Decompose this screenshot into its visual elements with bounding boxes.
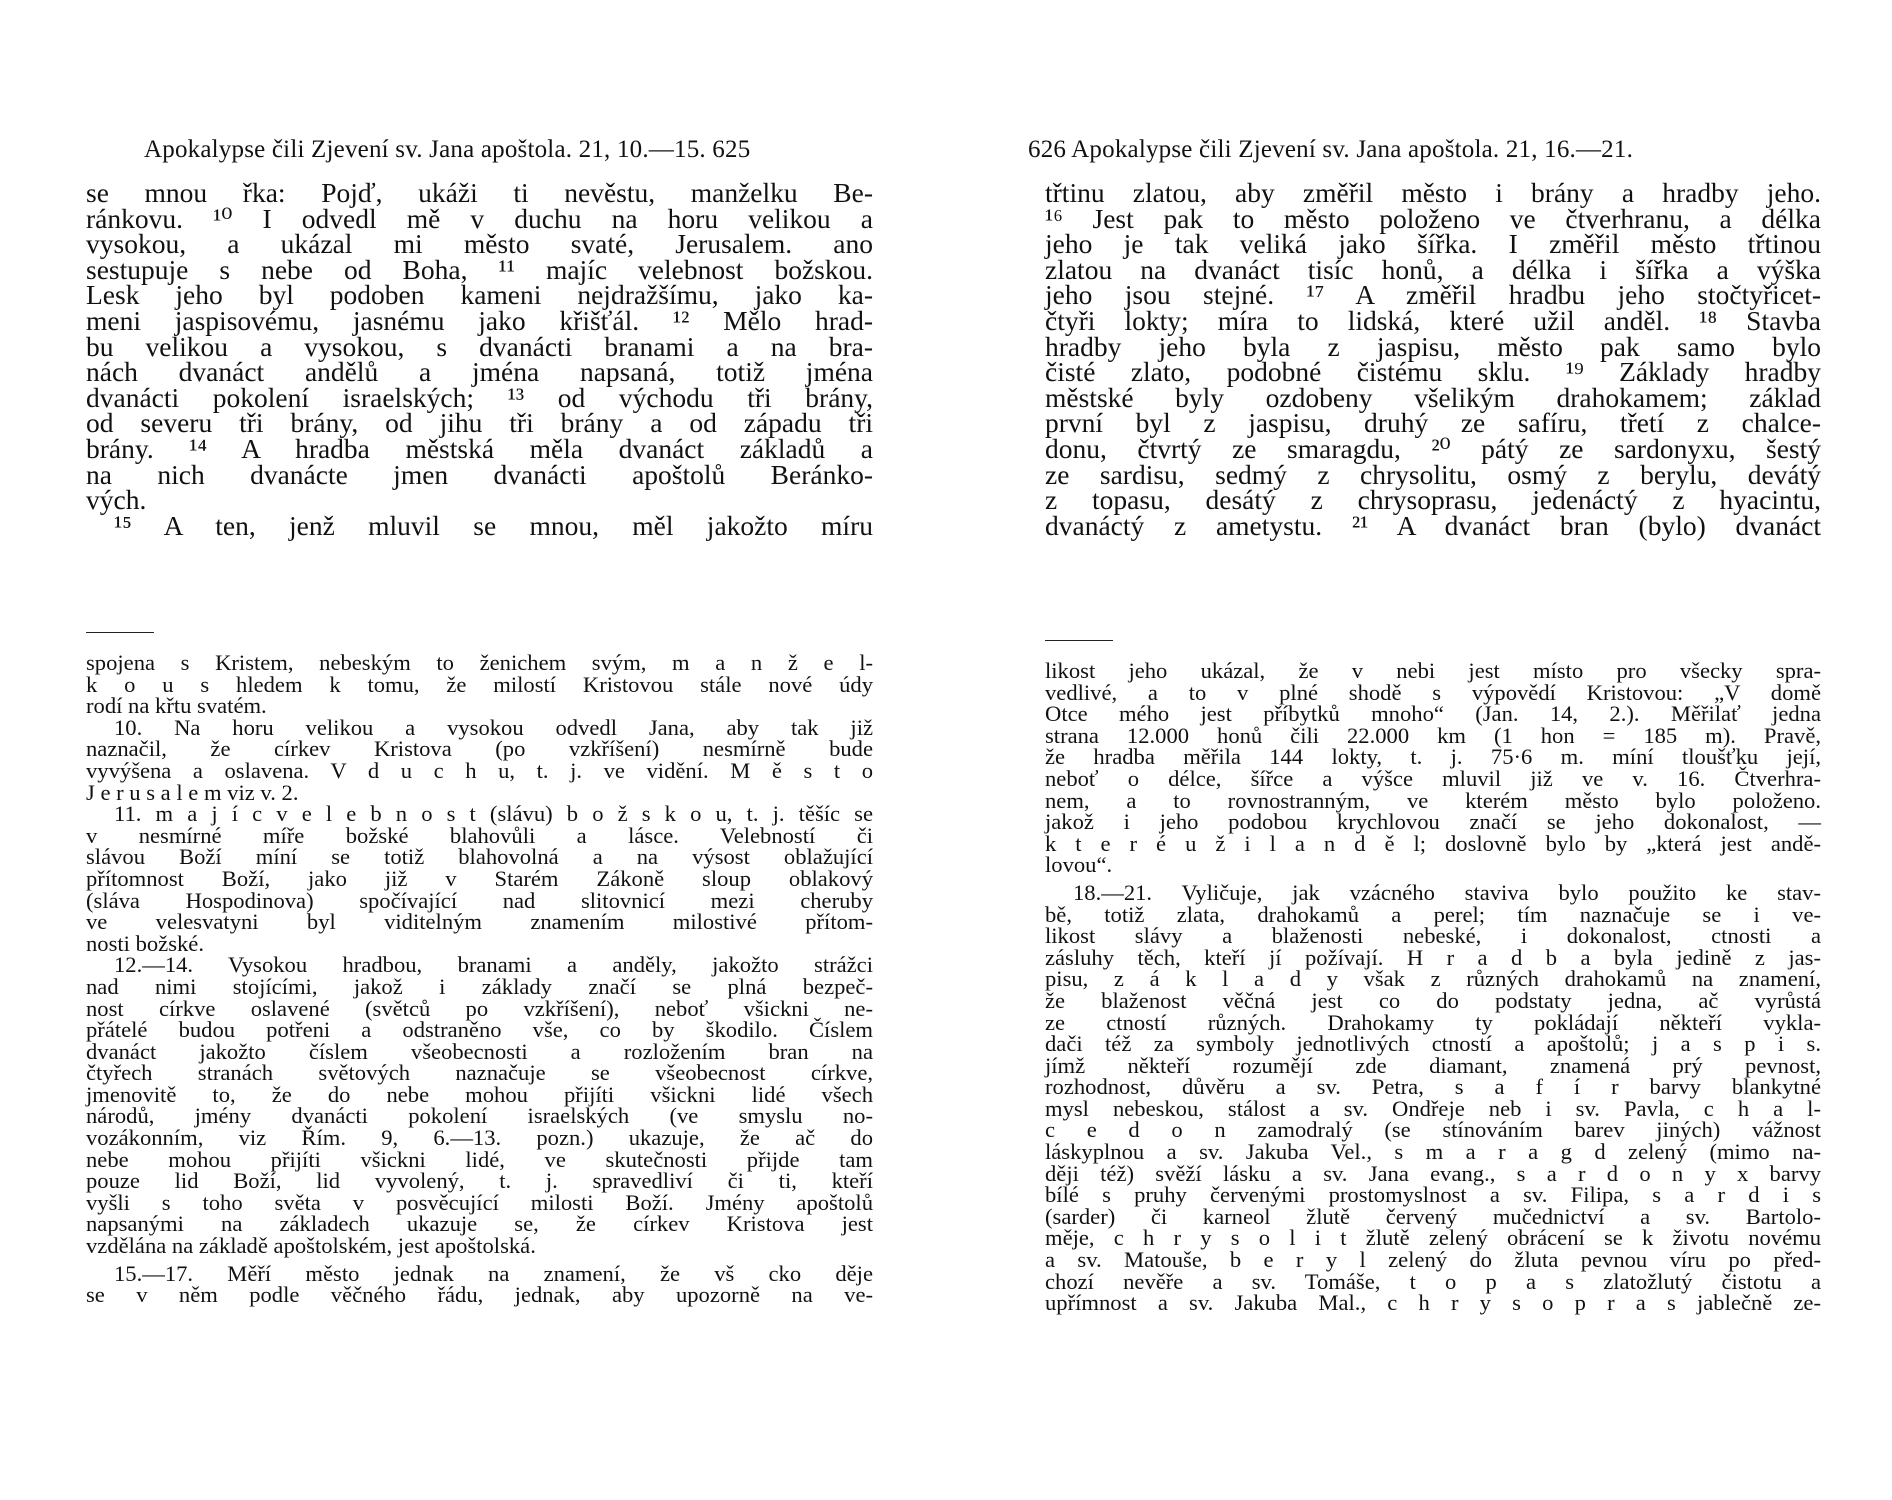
text-line: vých. xyxy=(86,487,873,513)
note-line: rodí na křtu svatém. xyxy=(86,695,873,717)
text-line: dvanáctý z ametystu. ²¹ A dvanáct bran (… xyxy=(1045,513,1821,539)
text-line: čtyři lokty; míra to lidská, které užil … xyxy=(1045,308,1821,334)
note-line: národů, jmény dvanácti pokolení israelsk… xyxy=(86,1105,873,1127)
text-line: jeho je tak veliká jako šířka. I změřil … xyxy=(1045,231,1821,257)
main-text: se mnou řka: Pojď, ukáži ti nevěstu, man… xyxy=(86,180,873,538)
note-line: přátelé budou potřeni a odstraněno vše, … xyxy=(86,1019,873,1041)
note-line: se v něm podle věčného řádu, jednak, aby… xyxy=(86,1284,873,1306)
note-line: neboť o délce, šířce a výšce mluvil již … xyxy=(1045,768,1821,790)
note-line: vozákonním, viz Řím. 9, 6.—13. pozn.) uk… xyxy=(86,1127,873,1149)
note-line: 10. Na horu velikou a vysokou odvedl Jan… xyxy=(86,717,873,739)
note-line: 15.—17. Měří město jednak na znamení, že… xyxy=(86,1263,873,1285)
note-line: 11. m a j í c v e l e b n o s t (slávu) … xyxy=(86,803,873,825)
text-line: meni jaspisovému, jasnému jako křišťál. … xyxy=(86,308,873,334)
text-line: donu, čtvrtý ze smaragdu, ²⁰ pátý ze sar… xyxy=(1045,436,1821,462)
note-line: nebe mohou přijíti všickni lidé, ve skut… xyxy=(86,1149,873,1171)
note-line: dači též za symboly jednotlivých ctností… xyxy=(1045,1033,1821,1055)
note-line: že hradba měřila 144 lokty, t. j. 75·6 m… xyxy=(1045,746,1821,768)
note-line: Otce mého jest příbytků mnoho“ (Jan. 14,… xyxy=(1045,703,1821,725)
text-line: z topasu, desátý z chrysoprasu, jedenáct… xyxy=(1045,487,1821,513)
note-line: (sarder) či karneol žlutě červený mučedn… xyxy=(1045,1206,1821,1228)
note-line: ze ctností různých. Drahokamy ty pokláda… xyxy=(1045,1012,1821,1034)
note-line: naznačil, že církev Kristova (po vzkříše… xyxy=(86,738,873,760)
running-header: 626 Apokalypse čili Zjevení sv. Jana apo… xyxy=(1028,136,1633,164)
note-line: chozí nevěře a sv. Tomáše, t o p a s zla… xyxy=(1045,1271,1821,1293)
note-line: jmenovitě to, že do nebe mohou přijíti v… xyxy=(86,1084,873,1106)
note-line: vzdělána na základě apoštolském, jest ap… xyxy=(86,1235,873,1257)
note-line: napsanými na základech ukazuje se, že cí… xyxy=(86,1213,873,1235)
left-page: Apokalypse čili Zjevení sv. Jana apoštol… xyxy=(86,0,873,1500)
note-line: čtyřech stranách světových naznačuje se … xyxy=(86,1062,873,1084)
note-line: k t e r é u ž i l a n d ě l; doslovně by… xyxy=(1045,833,1821,855)
note-line: k o u s hledem k tomu, že milostí Kristo… xyxy=(86,674,873,696)
main-text: třtinu zlatou, aby změřil město i brány … xyxy=(1045,180,1821,538)
note-line: upřímnost a sv. Jakuba Mal., c h r y s o… xyxy=(1045,1292,1821,1314)
note-line: a sv. Matouše, b e r y l zelený do žluta… xyxy=(1045,1249,1821,1271)
note-line: že blaženost věčná jest co do podstaty j… xyxy=(1045,990,1821,1012)
footnote-separator xyxy=(1045,640,1113,641)
note-line: likost slávy a blaženosti nebeské, i dok… xyxy=(1045,925,1821,947)
text-line: třtinu zlatou, aby změřil město i brány … xyxy=(1045,180,1821,206)
note-line: 12.—14. Vysokou hradbou, branami a anděl… xyxy=(86,954,873,976)
note-line: J e r u s a l e m viz v. 2. xyxy=(86,782,873,804)
note-line: rozhodnost, důvěru a sv. Petra, s a f í … xyxy=(1045,1076,1821,1098)
note-line: vyvýšena a oslavena. V d u c h u, t. j. … xyxy=(86,760,873,782)
text-line: brány. ¹⁴ A hradba městská měla dvanáct … xyxy=(86,436,873,462)
note-line: c e d o n zamodralý (se stínováním barev… xyxy=(1045,1119,1821,1141)
running-header: Apokalypse čili Zjevení sv. Jana apoštol… xyxy=(144,136,750,164)
note-line: (sláva Hospodinova) spočívající nad slit… xyxy=(86,890,873,912)
note-line: jímž někteří rozumějí zde diamant, zname… xyxy=(1045,1055,1821,1077)
note-line: v nesmírné míře božské blahovůli a lásce… xyxy=(86,825,873,847)
note-line: ději též) svěží lásku a sv. Jana evang.,… xyxy=(1045,1163,1821,1185)
note-line: měje, c h r y s o l i t žlutě zelený obr… xyxy=(1045,1227,1821,1249)
note-line: likost jeho ukázal, že v nebi jest místo… xyxy=(1045,660,1821,682)
right-page: 626 Apokalypse čili Zjevení sv. Jana apo… xyxy=(1045,0,1821,1500)
note-line: spojena s Kristem, nebeským to ženichem … xyxy=(86,652,873,674)
note-line: nosti božské. xyxy=(86,933,873,955)
note-line: přítomnost Boží, jako již v Starém Zákon… xyxy=(86,868,873,890)
note-line: lovou“. xyxy=(1045,854,1821,876)
note-line: 18.—21. Vyličuje, jak vzácného staviva b… xyxy=(1045,882,1821,904)
note-line: ve velesvatyni byl viditelným znamením m… xyxy=(86,911,873,933)
commentary-notes: likost jeho ukázal, že v nebi jest místo… xyxy=(1045,660,1821,1314)
commentary-notes: spojena s Kristem, nebeským to ženichem … xyxy=(86,652,873,1306)
note-line: láskyplnou a sv. Jakuba Vel., s m a r a … xyxy=(1045,1141,1821,1163)
note-line: jakož i jeho podobou krychlovou značí se… xyxy=(1045,811,1821,833)
note-line: nost církve oslavené (světců po vzkříšen… xyxy=(86,998,873,1020)
note-line: nem, a to rovnostranným, ve kterém město… xyxy=(1045,790,1821,812)
note-line: zásluhy těch, kteří jí požívají. H r a d… xyxy=(1045,947,1821,969)
note-line: vedlivé, a to v plné shodě s výpovědí Kr… xyxy=(1045,682,1821,704)
note-line: bě, totiž zlata, drahokamů a perel; tím … xyxy=(1045,904,1821,926)
text-line: se mnou řka: Pojď, ukáži ti nevěstu, man… xyxy=(86,180,873,206)
note-line: pouze lid Boží, lid vyvolený, t. j. spra… xyxy=(86,1170,873,1192)
note-line: dvanáct jakožto číslem všeobecnosti a ro… xyxy=(86,1041,873,1063)
note-line: bílé s pruhy červenými prostomyslnost a … xyxy=(1045,1184,1821,1206)
text-line: čisté zlato, podobné čistému sklu. ¹⁹ Zá… xyxy=(1045,359,1821,385)
note-line: nad nimi stojícími, jakož i základy znač… xyxy=(86,976,873,998)
note-line: slávou Boží míní se totiž blahovolná a n… xyxy=(86,846,873,868)
footnote-separator xyxy=(86,632,154,633)
text-line: na nich dvanácte jmen dvanácti apoštolů … xyxy=(86,462,873,488)
note-line: strana 12.000 honů čili 22.000 km (1 hon… xyxy=(1045,725,1821,747)
text-line: vysokou, a ukázal mi město svaté, Jerusa… xyxy=(86,231,873,257)
text-line: ¹⁵ A ten, jenž mluvil se mnou, měl jakož… xyxy=(86,513,873,539)
note-line: mysl nebeskou, stálost a sv. Ondřeje neb… xyxy=(1045,1098,1821,1120)
text-line: nách dvanáct andělů a jména napsaná, tot… xyxy=(86,359,873,385)
note-line: pisu, z á k l a d y však z různých draho… xyxy=(1045,968,1821,990)
note-line: vyšli s toho světa v posvěcující milosti… xyxy=(86,1192,873,1214)
